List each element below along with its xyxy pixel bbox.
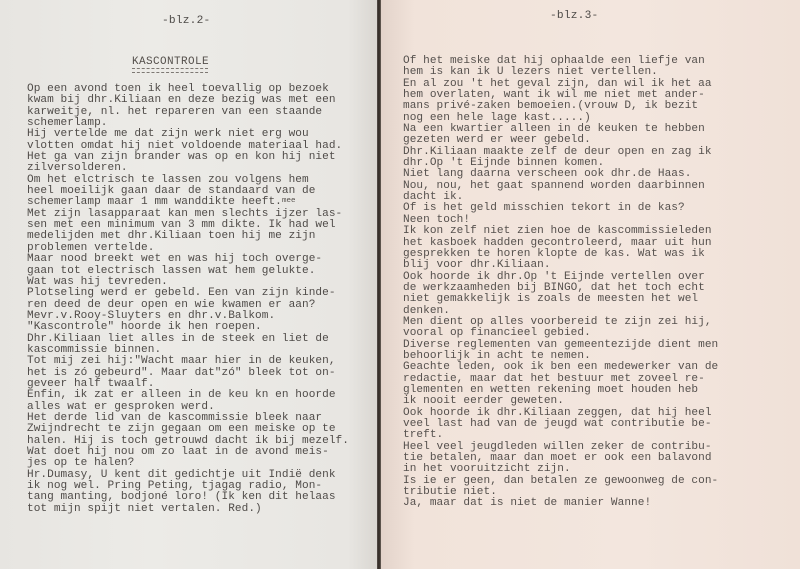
text-line: Zwijndrecht te zijn gegaan om een meiske… (27, 424, 349, 435)
text-line: vooral op financieel gebied. (403, 328, 718, 339)
article-heading: KASCONTROLE (132, 56, 209, 68)
text-line: hem is kan ik U lezers niet vertellen. (403, 67, 718, 78)
text-line: niet gemakkelijk is zoals de meesten het… (403, 294, 718, 305)
text-line: ik nooit eerder geweten. (403, 396, 718, 407)
text-line: Plotseling werd er gebeld. Een van zijn … (27, 288, 349, 299)
text-line: treft. (403, 430, 718, 441)
text-line: tot mijn spijt niet vertalen. Red.) (27, 504, 349, 515)
text-line: Ja, maar dat is niet de manier Wanne! (403, 498, 718, 509)
text-line: Geachte leden, ook ik ben een medewerker… (403, 362, 718, 373)
left-page: -blz.2- KASCONTROLE mee Op een avond toe… (0, 0, 378, 569)
text-line: blij voor dhr.Kiliaan. (403, 260, 718, 271)
right-page: -blz.3- Of het meiske dat hij ophaalde e… (381, 0, 800, 569)
text-line: Tot mij zei hij:"Wacht maar hier in de k… (27, 356, 349, 367)
left-page-body: Op een avond toen ik heel toevallig op b… (27, 84, 349, 515)
page-number-right: -blz.3- (550, 10, 598, 22)
text-line: Ik kon zelf niet zien hoe de kascommissi… (403, 226, 718, 237)
text-line: "Kascontrole" hoorde ik hen roepen. (27, 322, 349, 333)
text-line: jes op te halen? (27, 458, 349, 469)
heading-double-underline (132, 68, 208, 73)
text-line: Maar nood breekt wet en was hij toch ove… (27, 254, 349, 265)
text-line: Enfin, ik zat er alleen in de keu kn en … (27, 390, 349, 401)
text-line: kwam bij dhr.Kiliaan en deze bezig was m… (27, 95, 349, 106)
text-line: veel last had van de jeugd wat contribut… (403, 419, 718, 430)
page-number-left: -blz.2- (162, 15, 210, 27)
right-page-body: Of het meiske dat hij ophaalde een liefj… (403, 56, 718, 510)
